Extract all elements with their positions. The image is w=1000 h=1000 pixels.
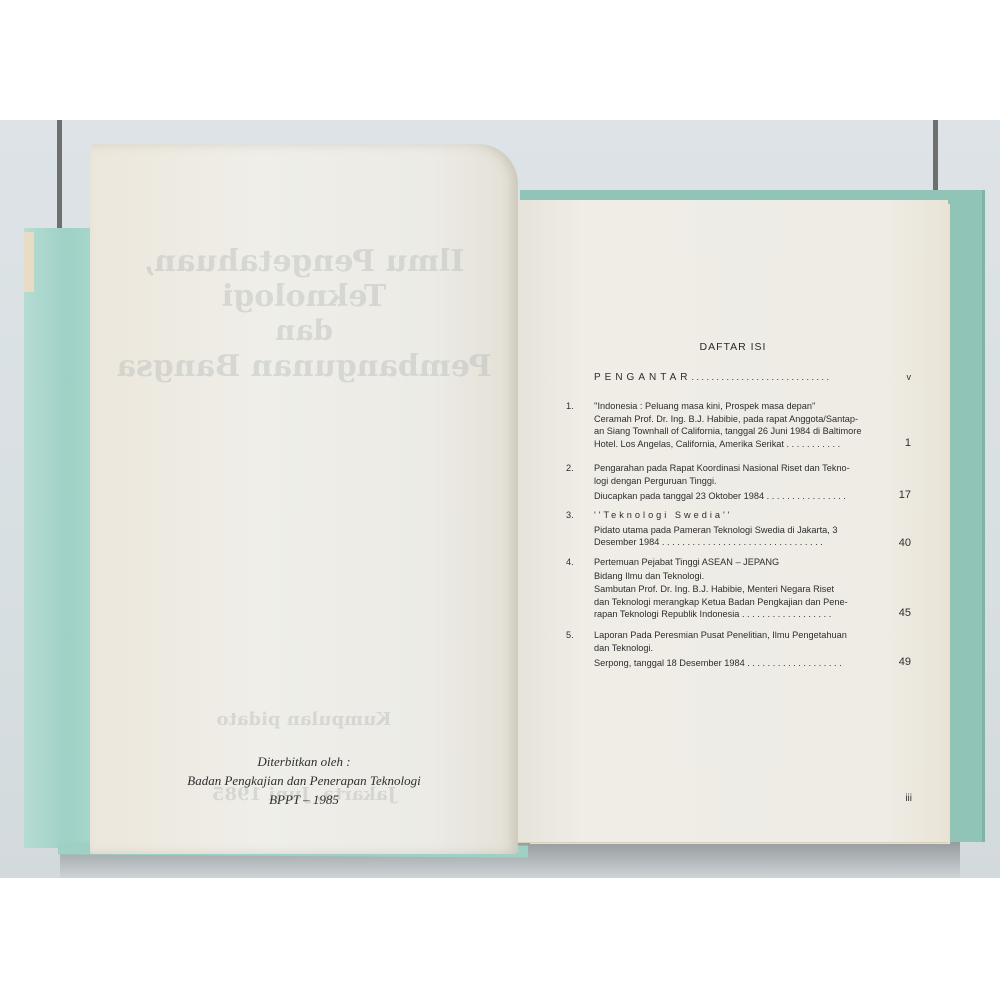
toc-page-number: v	[907, 372, 912, 382]
right-page: DAFTAR ISI PENGANTAR. . . . . . . . . . …	[518, 200, 948, 842]
toc-entry-line: dan Teknologi.	[594, 642, 882, 655]
toc-entry-line: dan Teknologi merangkap Ketua Badan Peng…	[594, 596, 882, 609]
toc-entry-title: Laporan Pada Peresmian Pusat Penelitian,…	[594, 629, 882, 642]
publisher-name: Badan Pengkajian dan Penerapan Teknologi	[90, 771, 518, 790]
book-cover-front	[24, 228, 94, 848]
toc-page-number: 17	[899, 489, 911, 502]
toc-entry-line: rapan Teknologi Republik Indonesia . . .…	[594, 608, 882, 621]
showthrough-text: Kumpulan pidato	[90, 709, 518, 730]
toc-entry-number: 2.	[566, 462, 574, 475]
showthrough-text: Pembangunan Bangsa	[90, 349, 518, 384]
toc-entry-title: Pengarahan pada Rapat Koordinasi Nasiona…	[594, 462, 882, 475]
toc-entry-line: an Siang Townhall of California, tanggal…	[594, 425, 882, 438]
toc-entry-line: Hotel. Los Angelas, California, Amerika …	[594, 438, 882, 451]
toc-page-number: 49	[899, 656, 911, 669]
toc-leader-dots: . . . . . . . . . . . . . . . . . . . . …	[692, 372, 830, 382]
floor-tile-grout	[57, 120, 62, 240]
toc-entry-line: Ceramah Prof. Dr. Ing. B.J. Habibie, pad…	[594, 413, 882, 426]
publisher-block: Diterbitkan oleh : Badan Pengkajian dan …	[90, 752, 518, 809]
toc-page-number: 40	[899, 537, 911, 550]
toc-entry-number: 1.	[566, 400, 574, 413]
toc-entry-line: Pidato utama pada Pameran Teknologi Swed…	[594, 524, 882, 537]
toc-entry-number: 5.	[566, 629, 574, 642]
showthrough-text: dan	[90, 314, 518, 347]
toc-heading: DAFTAR ISI	[518, 341, 948, 353]
toc-entry-line: Desember 1984 . . . . . . . . . . . . . …	[594, 536, 882, 549]
publisher-label: Diterbitkan oleh :	[90, 752, 518, 771]
toc-entry-title: ''Teknologi Swedia''	[594, 509, 882, 522]
publisher-year: BPPT – 1985	[90, 790, 518, 809]
showthrough-text: Ilmu Pengetahuan,	[90, 244, 518, 279]
photo-background: Ilmu Pengetahuan, Teknologi dan Pembangu…	[0, 120, 1000, 878]
toc-entry-title: PENGANTAR	[594, 372, 692, 383]
toc-entry-number: 3.	[566, 509, 574, 522]
left-page: Ilmu Pengetahuan, Teknologi dan Pembangu…	[90, 144, 518, 854]
torn-cover-edge	[24, 232, 34, 292]
toc-entry-line: Serpong, tanggal 18 Desember 1984 . . . …	[594, 657, 882, 670]
toc-entry-title: Pertemuan Pejabat Tinggi ASEAN – JEPANG	[594, 556, 882, 569]
toc-entry-line: Diucapkan pada tanggal 23 Oktober 1984 .…	[594, 490, 882, 503]
toc-entry-line: logi dengan Perguruan Tinggi.	[594, 475, 882, 488]
toc-page-number: 45	[899, 607, 911, 620]
toc-entry-line: Sambutan Prof. Dr. Ing. B.J. Habibie, Me…	[594, 583, 882, 596]
toc-entry-title: ''Indonesia : Peluang masa kini, Prospek…	[594, 400, 882, 413]
toc-entry-line: Bidang Ilmu dan Teknologi.	[594, 570, 882, 583]
toc-entry-pengantar: PENGANTAR. . . . . . . . . . . . . . . .…	[594, 372, 909, 386]
toc-entry-number: 4.	[566, 556, 574, 569]
showthrough-text: Teknologi	[90, 279, 518, 314]
toc-page-number: 1	[905, 437, 911, 450]
page-folio: iii	[905, 793, 912, 804]
floor-tile-grout	[933, 120, 938, 200]
